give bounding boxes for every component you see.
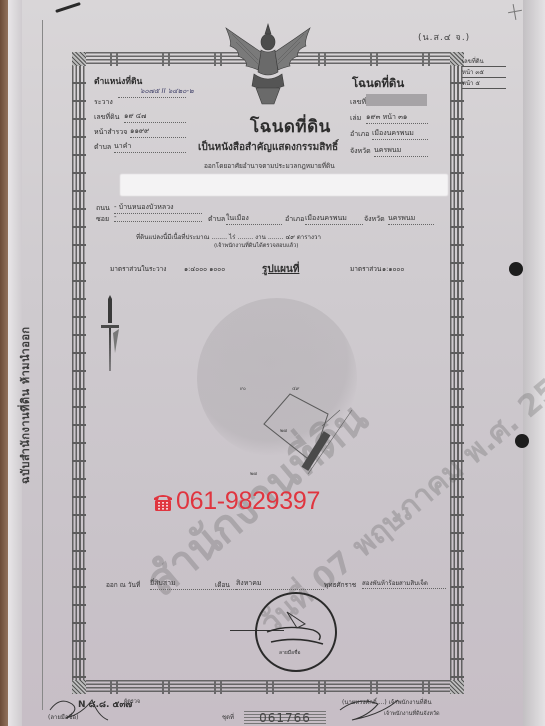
label-map-scale: มาตราส่วนในระวาง bbox=[110, 264, 166, 274]
value-amphoe-owner: เมืองนครพนม bbox=[305, 213, 363, 225]
border-left bbox=[72, 52, 86, 694]
owner-name-redacted bbox=[120, 174, 448, 196]
label-province: จังหวัด bbox=[350, 146, 371, 157]
label-tambon: ตำบล bbox=[94, 142, 111, 153]
label-tambon-owner: ตำบล bbox=[208, 214, 225, 225]
telephone-icon bbox=[152, 492, 174, 512]
right-index-tab: เลขที่ดิน หน้า ๓๕ หน้า ๕ bbox=[462, 56, 506, 89]
issue-label: ออก ณ วันที่ bbox=[106, 580, 140, 590]
svg-text:๒๗: ๒๗ bbox=[280, 428, 287, 434]
label-amphoe-owner: อำเภอ bbox=[285, 214, 304, 225]
document-subtitle: เป็นหนังสือสำคัญแสดงกรรมสิทธิ์ bbox=[198, 140, 338, 155]
svg-text:๑๙๐: ๑๙๐ bbox=[240, 386, 246, 392]
value-province: นครพนม bbox=[374, 145, 428, 157]
form-code: (น.ส.๔ จ.) bbox=[418, 30, 470, 44]
value-volume: ๑๙๓ หน้า ๓๑ bbox=[366, 112, 428, 124]
punch-hole bbox=[515, 434, 529, 448]
label-road: ถนน bbox=[96, 203, 110, 214]
label-deed-no: เลขที่ bbox=[350, 97, 366, 108]
svg-text:๒๗: ๒๗ bbox=[250, 471, 257, 477]
location-heading: ตำแหน่งที่ดิน bbox=[94, 74, 142, 88]
document-title: โฉนดที่ดิน bbox=[250, 113, 331, 140]
garuda-emblem-icon bbox=[218, 20, 318, 106]
label-scale: มาตราส่วน bbox=[350, 264, 381, 274]
label-rawang: ระวาง bbox=[94, 97, 113, 108]
area-note: (เจ้าพนักงานที่ดินได้ตรวจสอบแล้ว) bbox=[214, 242, 298, 250]
value-tambon: นาคำ bbox=[114, 141, 186, 153]
svg-text:ลายมือชื่อ: ลายมือชื่อ bbox=[279, 649, 301, 656]
issue-year: สองพันห้าร้อยสามสิบเจ็ด bbox=[362, 578, 446, 589]
label-survey-page: หน้าสำรวจ bbox=[94, 127, 127, 138]
side-stamp-text: ฉบับสำนักงานที่ดิน ห้ามนำออก bbox=[17, 285, 35, 525]
issue-month: สิงหาคม bbox=[236, 578, 324, 590]
north-arrow-icon bbox=[97, 293, 123, 373]
deed-number-redacted bbox=[366, 94, 427, 106]
value-land-no: ๑๙ ๔๗ bbox=[124, 111, 186, 123]
officer-scribble-icon bbox=[338, 692, 418, 726]
value-map-scale: ๑:๔๐๐๐ ๑๐๐๐ bbox=[184, 264, 225, 274]
label-land-no: เลขที่ดิน bbox=[94, 112, 119, 123]
value-province-owner: นครพนม bbox=[388, 213, 434, 225]
value-rawang bbox=[118, 97, 186, 98]
border-corner bbox=[450, 680, 464, 694]
border-corner bbox=[72, 52, 86, 66]
area-line: ที่ดินแปลงนี้มีเนื้อที่ประมาณ ........ ไ… bbox=[136, 232, 321, 242]
deed-box-heading: โฉนดที่ดิน bbox=[352, 75, 404, 93]
phone-number: 061-9829397 bbox=[176, 487, 320, 516]
map-heading: รูปแผนที่ bbox=[262, 262, 299, 277]
label-province-owner: จังหวัด bbox=[364, 214, 385, 225]
border-right bbox=[450, 52, 464, 694]
document-authority-line: ออกโดยอาศัยอำนาจตามประมวลกฎหมายที่ดิน bbox=[204, 161, 335, 171]
inspector-label: ผู้ตรวจ bbox=[124, 698, 140, 706]
seal-signature-icon: ลายมือชื่อ bbox=[257, 594, 335, 670]
paper-back-edge bbox=[523, 0, 545, 726]
label-amphoe: อำเภอ bbox=[350, 129, 369, 140]
value-soi: - bbox=[114, 213, 202, 222]
tab-line: หน้า ๕ bbox=[462, 78, 506, 89]
label-volume: เล่ม bbox=[350, 113, 361, 124]
tab-line: หน้า ๓๕ bbox=[462, 67, 506, 78]
phone-contact-overlay[interactable]: 061-9829397 bbox=[152, 487, 320, 516]
signature-scribble-icon bbox=[46, 690, 126, 726]
cross-mark bbox=[508, 4, 522, 18]
value-survey-page: ๑๑๙๙ bbox=[130, 126, 186, 138]
value-scale: ๑:๑๐๐๐ bbox=[382, 264, 404, 274]
punch-hole bbox=[509, 262, 523, 276]
value-amphoe: เมืองนครพนม bbox=[372, 128, 428, 140]
month-label: เดือน bbox=[215, 580, 230, 590]
fold-line bbox=[42, 20, 43, 710]
handwritten-note: ๖๐๗๕ II ๖๔๒๐-๒ bbox=[140, 86, 194, 97]
year-label: พุทธศักราช bbox=[324, 580, 356, 590]
tab-line: เลขที่ดิน bbox=[462, 56, 506, 67]
value-tambon-owner: ในเมือง bbox=[226, 213, 282, 225]
serial-label: ชุดที่ bbox=[222, 712, 234, 722]
svg-text:๔๙: ๔๙ bbox=[292, 386, 300, 392]
official-seal-stamp: ลายมือชื่อ bbox=[255, 592, 337, 672]
label-soi: ซอย bbox=[96, 214, 109, 225]
serial-number: 061766 bbox=[244, 711, 326, 726]
land-plot-map: ๑๙๐ ๔๙ ๒๗ ๒๗ bbox=[240, 370, 360, 480]
